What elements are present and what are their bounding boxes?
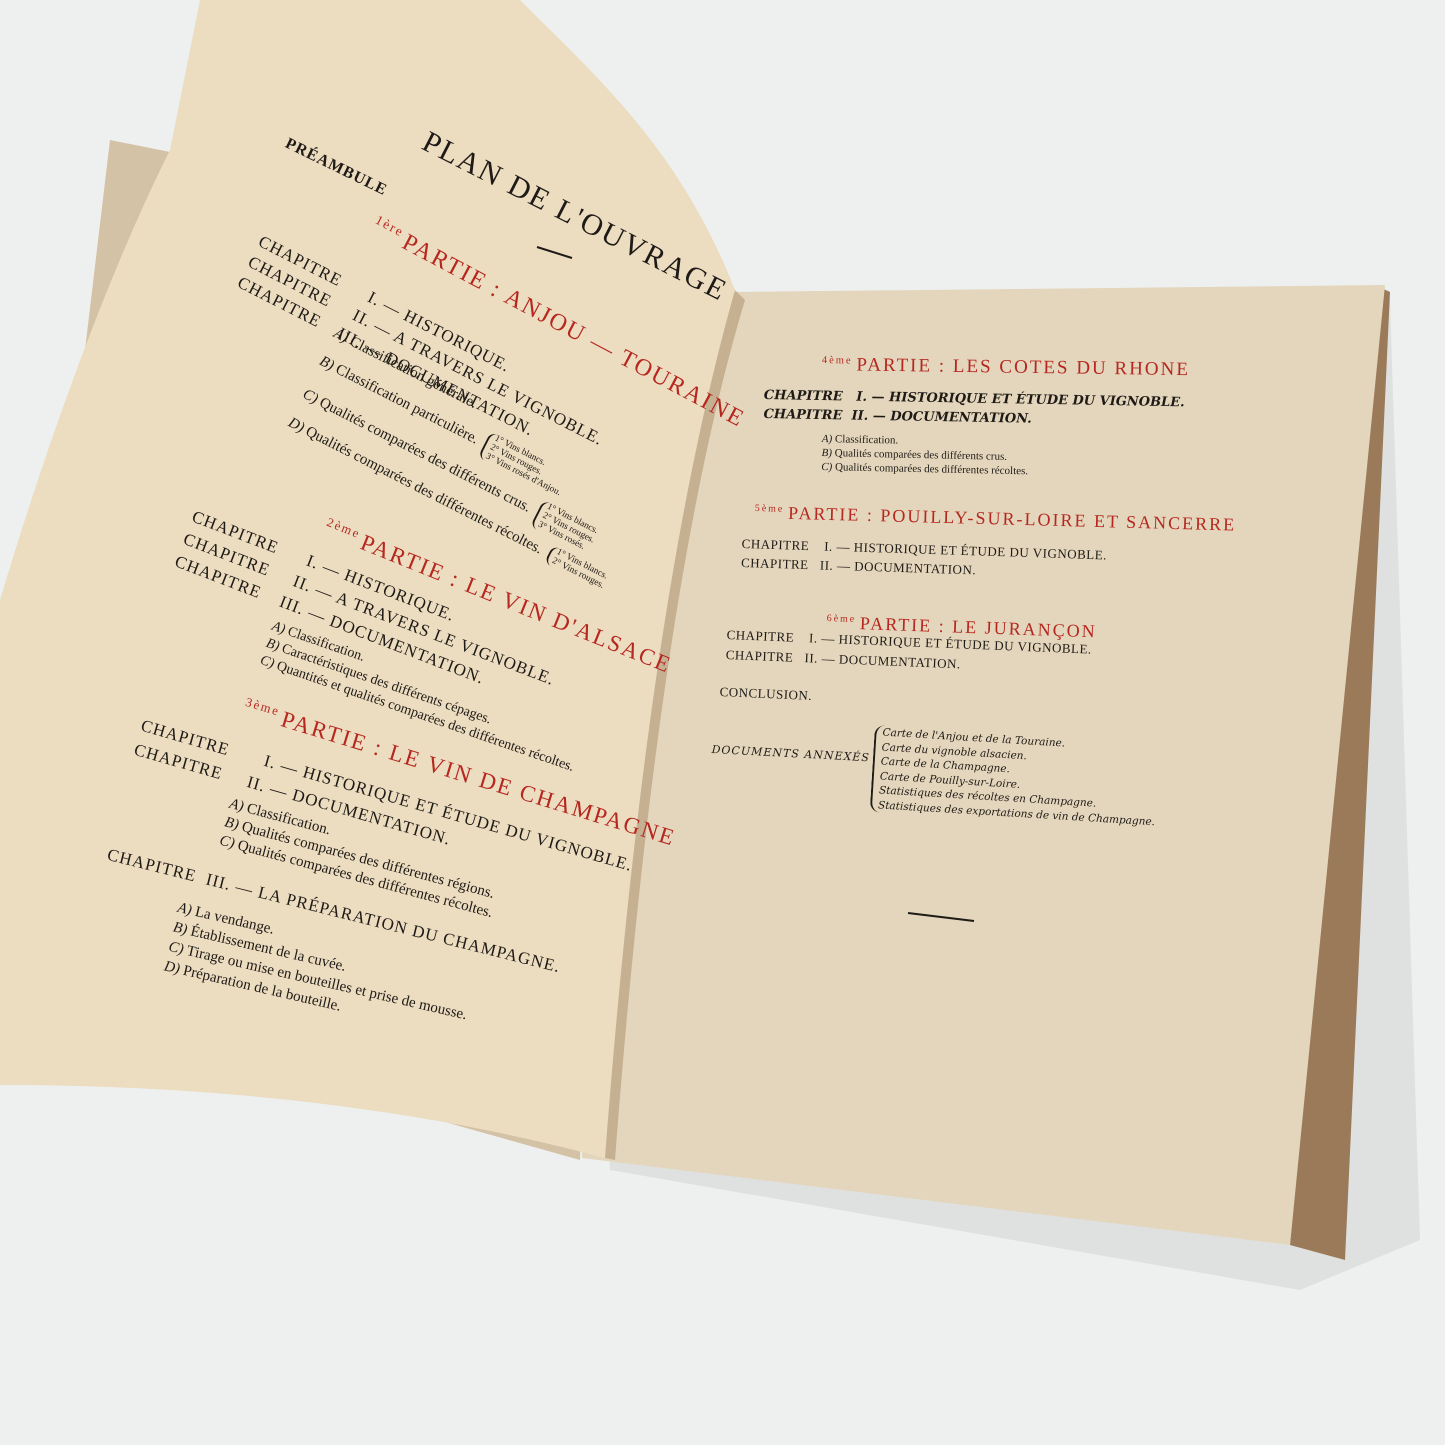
chapter-label: CHAPITRE	[726, 627, 794, 645]
chapter-number: I.	[856, 390, 867, 405]
section-letter: B)	[171, 919, 188, 938]
part-ordinal: 6ème	[827, 613, 857, 625]
section-letter: C)	[167, 939, 185, 958]
chapter-number: II.	[851, 409, 868, 424]
section-letter: C)	[821, 461, 832, 473]
section-letter: B)	[821, 447, 832, 459]
chapter-number: I.	[365, 287, 384, 309]
part-4-sections: A) Classification. B) Qualités comparées…	[821, 432, 1029, 478]
part-ordinal: 5ème	[755, 503, 785, 515]
annexes-list: Carte de l'Anjou et de la Touraine. Cart…	[870, 725, 1160, 829]
chapter-number: I.	[809, 630, 818, 645]
part-label: PARTIE	[788, 503, 861, 525]
section-letter: A)	[176, 900, 193, 919]
section-letter: D)	[162, 958, 181, 977]
chapter-label: CHAPITRE	[764, 388, 843, 404]
section-letter: B)	[223, 814, 241, 833]
chapter-number: II.	[804, 650, 818, 666]
section-text: Classification.	[835, 433, 898, 446]
book-photo-background	[0, 0, 1445, 1445]
part-ordinal: 4ème	[822, 355, 853, 366]
chapter-label: CHAPITRE	[763, 407, 842, 423]
section-letter: A)	[822, 433, 833, 445]
section-letter: A)	[228, 796, 246, 815]
chapter-number: I.	[824, 539, 833, 554]
chapter-number: I.	[262, 751, 279, 773]
section-letter: C)	[218, 833, 237, 852]
part-4-chapters: CHAPITRE I. — HISTORIQUE ET ÉTUDE DU VIG…	[763, 386, 1184, 431]
section-letter: C)	[258, 653, 276, 672]
chapter-number: I.	[304, 551, 322, 573]
chapter-label: CHAPITRE	[741, 536, 809, 553]
chapter-number: II.	[290, 571, 314, 595]
chapter-number: II.	[820, 557, 834, 572]
part-label: PARTIE	[856, 354, 932, 376]
chapter-number: II.	[245, 772, 268, 795]
section-letter: B)	[264, 636, 281, 654]
chapter-label: CHAPITRE	[741, 555, 809, 572]
part-title: : LES COTES DU RHONE	[939, 356, 1190, 381]
section-text: Qualités comparées des différentes récol…	[835, 461, 1028, 477]
chapter-label: CHAPITRE	[726, 647, 794, 665]
section-letter: A)	[270, 619, 287, 637]
chapter-title: — DOCUMENTATION.	[873, 409, 1032, 427]
chapter-title: — DOCUMENTATION.	[837, 558, 977, 577]
chapter-title: — DOCUMENTATION.	[821, 651, 961, 672]
